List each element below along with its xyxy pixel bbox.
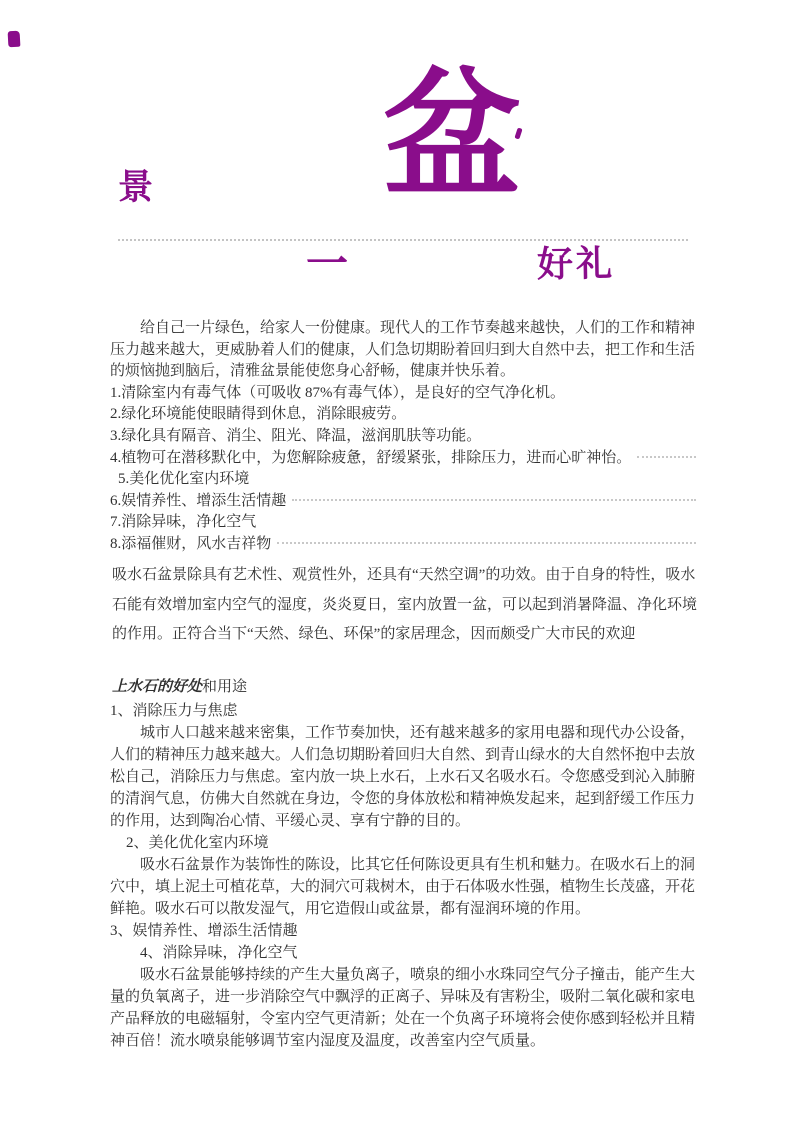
dotted-underline	[292, 499, 696, 501]
benefit-item-2: 2.绿化环境能使眼睛得到休息，消除眼疲劳。	[110, 404, 696, 426]
benefit-text: 1.清除室内有毒气体（可吸收 87%有毒气体），是良好的空气净化机。	[110, 383, 565, 405]
title-char-pen: 盆	[382, 68, 522, 208]
entry-body-1: 城市人口越来越来密集，工作节奏加快，还有越来越多的家用电器和现代办公设备，人们的…	[110, 722, 698, 832]
benefit-text: 8.添福催财，风水吉祥物	[110, 534, 271, 556]
entry-body-2: 吸水石盆景作为装饰性的陈设，比其它任何陈设更具有生机和魅力。在吸水石上的洞穴中，…	[110, 854, 698, 920]
title-dash: 一	[306, 244, 348, 286]
benefit-text: 4.植物可在潜移默化中，为您解除疲惫，舒缓紧张，排除压力，进而心旷神怡。	[110, 448, 631, 470]
entry-title-1: 1、消除压力与焦虑	[110, 700, 698, 722]
benefit-item-3: 3.绿化具有隔音、消尘、阻光、降温，滋润肌肤等功能。	[110, 426, 696, 448]
benefit-text: 5.美化优化室内环境	[118, 469, 249, 491]
benefit-item-4: 4.植物可在潜移默化中，为您解除疲惫，舒缓紧张，排除压力，进而心旷神怡。	[110, 448, 696, 470]
benefit-text: 3.绿化具有隔音、消尘、阻光、降温，滋润肌肤等功能。	[110, 426, 481, 448]
benefit-item-5: 5.美化优化室内环境	[110, 469, 696, 491]
section-heading-emphasis: 上水石的好处	[112, 679, 202, 695]
benefit-item-8: 8.添福催财，风水吉祥物	[110, 534, 696, 556]
title-dotted-divider	[118, 239, 688, 241]
benefit-item-1: 1.清除室内有毒气体（可吸收 87%有毒气体），是良好的空气净化机。	[110, 383, 696, 405]
benefit-text: 7.消除异味，净化空气	[110, 512, 256, 534]
dotted-underline	[277, 542, 696, 544]
intro-section: 给自己一片绿色，给家人一份健康。现代人的工作节奏越来越快，人们的工作和精神压力越…	[110, 318, 696, 556]
document-page: 景 盆 一 好礼 给自己一片绿色，给家人一份健康。现代人的工作节奏越来越快，人们…	[0, 0, 800, 1132]
dotted-underline	[637, 456, 696, 458]
benefit-text: 2.绿化环境能使眼睛得到休息，消除眼疲劳。	[110, 404, 406, 426]
entry-title-4: 4、消除异味，净化空气	[110, 942, 698, 964]
title-phrase-haoli: 好礼	[537, 245, 616, 282]
benefit-text: 6.娱情养性、增添生活情趣	[110, 491, 286, 513]
corner-seal-icon	[8, 31, 21, 48]
entry-body-4: 吸水石盆景能够持续的产生大量负离子，喷泉的细小水珠同空气分子撞击，能产生大量的负…	[110, 964, 698, 1052]
benefit-item-7: 7.消除异味，净化空气	[110, 512, 696, 534]
benefit-item-6: 6.娱情养性、增添生活情趣	[110, 491, 696, 513]
section-heading-rest: 和用途	[202, 679, 247, 695]
intro-paragraph: 给自己一片绿色，给家人一份健康。现代人的工作节奏越来越快，人们的工作和精神压力越…	[110, 318, 696, 383]
entry-title-3: 3、娱情养性、增添生活情趣	[110, 920, 698, 942]
summary-paragraph: 吸水石盆景除具有艺术性、观赏性外，还具有“天然空调”的功效。由于自身的特性，吸水…	[112, 561, 698, 650]
entry-title-2: 2、美化优化室内环境	[110, 832, 698, 854]
uses-section: 上水石的好处和用途 1、消除压力与焦虑 城市人口越来越来密集，工作节奏加快，还有…	[110, 676, 698, 1052]
section-heading: 上水石的好处和用途	[112, 676, 698, 698]
title-char-jing: 景	[118, 170, 153, 205]
